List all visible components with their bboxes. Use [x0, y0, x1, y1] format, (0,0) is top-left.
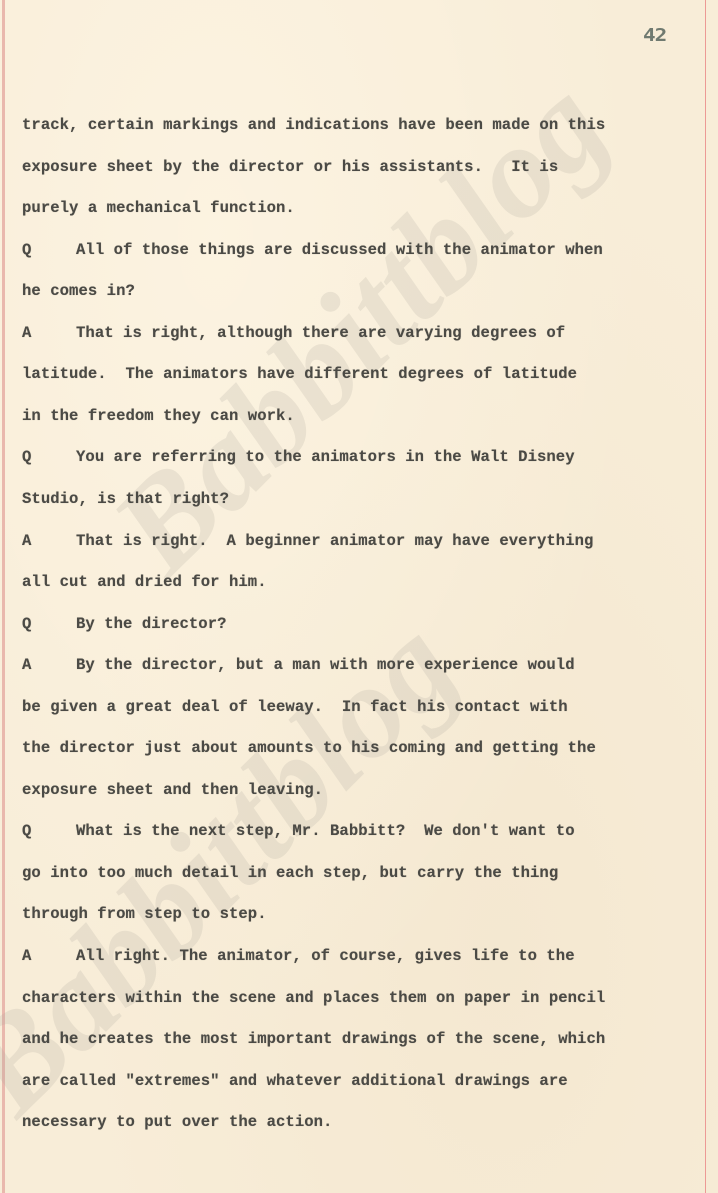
question-marker: Q — [22, 822, 76, 840]
question-line: QWhat is the next step, Mr. Babbitt? We … — [22, 822, 575, 840]
line-text: You are referring to the animators in th… — [76, 448, 575, 466]
question-marker: Q — [22, 241, 76, 259]
text-line: and he creates the most important drawin… — [22, 1030, 605, 1048]
text-line: track, certain markings and indications … — [22, 116, 605, 134]
line-text: all cut and dried for him. — [22, 573, 267, 591]
question-marker: Q — [22, 615, 76, 633]
line-text: he comes in? — [22, 282, 135, 300]
line-text: All right. The animator, of course, give… — [76, 947, 575, 965]
line-text: That is right. A beginner animator may h… — [76, 532, 593, 550]
line-text: are called "extremes" and whatever addit… — [22, 1072, 568, 1090]
answer-marker: A — [22, 532, 76, 550]
line-text: What is the next step, Mr. Babbitt? We d… — [76, 822, 575, 840]
line-text: exposure sheet by the director or his as… — [22, 158, 558, 176]
text-line: be given a great deal of leeway. In fact… — [22, 698, 568, 716]
transcript-page: Babbittblog Babbittblog 42 track, certai… — [0, 0, 718, 1193]
text-line: latitude. The animators have different d… — [22, 365, 577, 383]
line-text: and he creates the most important drawin… — [22, 1030, 605, 1048]
answer-line: AThat is right. A beginner animator may … — [22, 532, 593, 550]
page-number: 42 — [643, 25, 666, 45]
text-line: are called "extremes" and whatever addit… — [22, 1072, 568, 1090]
line-text: Studio, is that right? — [22, 490, 229, 508]
answer-line: AThat is right, although there are varyi… — [22, 324, 565, 342]
answer-line: ABy the director, but a man with more ex… — [22, 656, 575, 674]
line-text: By the director, but a man with more exp… — [76, 656, 575, 674]
line-text: characters within the scene and places t… — [22, 989, 605, 1007]
question-marker: Q — [22, 448, 76, 466]
text-line: he comes in? — [22, 282, 135, 300]
line-text: go into too much detail in each step, bu… — [22, 864, 558, 882]
line-text: be given a great deal of leeway. In fact… — [22, 698, 568, 716]
text-line: in the freedom they can work. — [22, 407, 295, 425]
answer-marker: A — [22, 947, 76, 965]
line-text: By the director? — [76, 615, 227, 633]
line-text: latitude. The animators have different d… — [22, 365, 577, 383]
answer-line: AAll right. The animator, of course, giv… — [22, 947, 575, 965]
line-text: necessary to put over the action. — [22, 1113, 332, 1131]
text-line: exposure sheet by the director or his as… — [22, 158, 558, 176]
line-text: track, certain markings and indications … — [22, 116, 605, 134]
text-line: purely a mechanical function. — [22, 199, 295, 217]
line-text: purely a mechanical function. — [22, 199, 295, 217]
text-line: the director just about amounts to his c… — [22, 739, 596, 757]
text-line: through from step to step. — [22, 905, 267, 923]
right-margin-line — [705, 0, 706, 1193]
answer-marker: A — [22, 324, 76, 342]
text-line: go into too much detail in each step, bu… — [22, 864, 558, 882]
line-text: exposure sheet and then leaving. — [22, 781, 323, 799]
question-line: QYou are referring to the animators in t… — [22, 448, 575, 466]
line-text: That is right, although there are varyin… — [76, 324, 565, 342]
line-text: All of those things are discussed with t… — [76, 241, 603, 259]
text-line: necessary to put over the action. — [22, 1113, 332, 1131]
line-text: in the freedom they can work. — [22, 407, 295, 425]
left-margin-line — [2, 0, 5, 1193]
question-line: QBy the director? — [22, 615, 227, 633]
text-line: all cut and dried for him. — [22, 573, 267, 591]
question-line: QAll of those things are discussed with … — [22, 241, 603, 259]
text-line: Studio, is that right? — [22, 490, 229, 508]
line-text: through from step to step. — [22, 905, 267, 923]
answer-marker: A — [22, 656, 76, 674]
line-text: the director just about amounts to his c… — [22, 739, 596, 757]
text-line: exposure sheet and then leaving. — [22, 781, 323, 799]
text-line: characters within the scene and places t… — [22, 989, 605, 1007]
